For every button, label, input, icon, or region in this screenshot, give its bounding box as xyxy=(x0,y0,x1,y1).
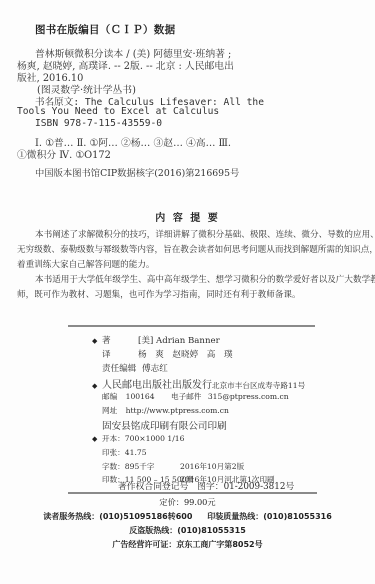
email-label: 电子邮件 xyxy=(171,392,201,401)
bullet-icon: ◆ xyxy=(92,435,102,443)
ad-license: 广告经营许可证：京东工商广字第8052号 xyxy=(0,539,375,550)
cip-line: Tools You Need to Excel at Calculus xyxy=(17,106,219,117)
summary-line: 无穷级数、泰勒级数与幂级数等内容，旨在教会读者如何思考问题从而找到解题所需的知识… xyxy=(17,243,375,258)
top-divider xyxy=(68,325,315,327)
printer-name: 固安县铭成印刷有限公司印刷 xyxy=(102,418,227,432)
website-label: 网址 xyxy=(102,406,117,415)
translator-label: 译 xyxy=(102,348,138,360)
edition-value: 2016年10月第2版 xyxy=(180,462,244,471)
email-value: 315@ptpress.com.cn xyxy=(208,392,289,401)
publisher-name: 人民邮电出版社出版发行 xyxy=(102,376,212,391)
anti-piracy-hotline: 反盗版热线：(010)81055315 xyxy=(0,525,375,536)
editor-label: 责任编辑 xyxy=(102,362,142,374)
editor-value: 傅志红 xyxy=(142,364,168,374)
copyright-registration: 著作权合同登记号 图字：01-2009-3812号 xyxy=(118,479,294,492)
cip-verification: 中国版本图书馆CIP数据核字(2016)第216695号 xyxy=(35,165,239,179)
cip-line: ISBN 978-7-115-43559-0 xyxy=(35,118,162,129)
summary-line: 本书适用于大学低年级学生、高中高年级学生、想学习微积分的数学爱好者以及广大数学教 xyxy=(35,273,375,288)
word-count: 字数：895千字 xyxy=(102,461,180,472)
price: 定价：99.00元 xyxy=(0,497,375,508)
postcode-label: 邮编 xyxy=(102,392,117,401)
bullet-icon: ◆ xyxy=(92,382,102,390)
author-label: 著 xyxy=(102,334,138,346)
service-hotline: 读者服务热线：(010)51095186转600 xyxy=(43,512,192,521)
publisher-address: 北京市丰台区成寿寺路11号 xyxy=(212,381,305,390)
summary-line: 师，既可作为教材、习题集，也可作为学习指南，同时还有利于教师备课。 xyxy=(17,288,301,303)
translator-value: 杨 爽 赵晓婷 高 璞 xyxy=(138,350,233,360)
format-value: 开本：700×1000 1/16 xyxy=(102,434,184,443)
summary-line: 着重训练大家自己解答问题的能力。 xyxy=(17,258,155,273)
summary-line: 本书阐述了求解微积分的技巧，详细讲解了微积分基础、极限、连续、微分、导数的应用、… xyxy=(35,228,375,243)
summary-title: 内 容 提 要 xyxy=(0,209,375,224)
cip-line: ①微积分 Ⅳ. ①O172 xyxy=(17,147,111,161)
bullet-icon: ◆ xyxy=(92,337,102,345)
sheets-value: 印张：41.75 xyxy=(102,447,147,458)
quality-hotline: 印装质量热线：(010)81055316 xyxy=(207,512,332,521)
postcode-value: 100164 xyxy=(126,392,155,401)
website-value: http://www.ptpress.com.cn xyxy=(126,406,229,415)
cip-title: 图书在版编目（ＣＩＰ）数据 xyxy=(35,22,175,37)
author-value: [美] Adrian Banner xyxy=(138,336,220,346)
bottom-divider xyxy=(68,492,317,494)
